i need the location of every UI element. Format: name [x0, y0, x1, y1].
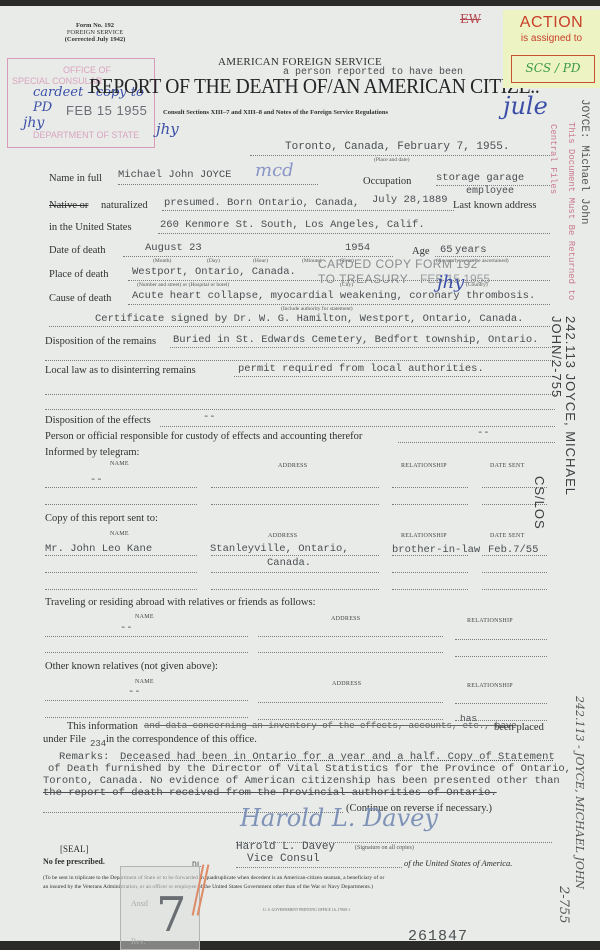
stamp-line-3: DEPARTMENT OF STATE — [33, 130, 139, 140]
rev-label: Rev. — [131, 937, 145, 946]
ansd-label: Ansd — [131, 899, 148, 908]
margin-file-code-2: JOHN/2-755 — [549, 316, 564, 398]
years-label: years — [455, 244, 487, 256]
traveling-col-name: NAME — [135, 614, 154, 620]
answer-slip: Ansd Rev. 7 — [120, 866, 200, 947]
place-date-value: Toronto, Canada, February 7, 1955. — [285, 141, 509, 153]
caption-cause: (Include authority for statement) — [281, 306, 353, 312]
action-sticker: ACTION is assigned to SCS / PD — [503, 10, 600, 88]
traveling-row-1-name: -- — [120, 622, 133, 634]
place-of-death-label: Place of death — [49, 269, 108, 280]
relatives-col-name: NAME — [135, 679, 154, 685]
relatives-col-address: ADDRESS — [332, 681, 361, 687]
file-info-end: been placed — [494, 722, 544, 733]
certificate-value: Certificate signed by Dr. W. G. Hamilton… — [95, 313, 523, 325]
margin-typed-name: JOYCE: Michael John — [578, 99, 590, 224]
action-assignee-box: SCS / PD — [511, 55, 595, 83]
handwritten-initials: jhy — [23, 115, 44, 131]
form-corrected: (Corrected July 1942) — [55, 36, 135, 43]
margin-return-stamp: This Document Must Be Returned to — [566, 122, 576, 300]
signer-title: Vice Consul — [247, 853, 320, 865]
age-label: Age — [412, 246, 430, 257]
remarks-line-3: Toronto, Canada. No evidence of American… — [43, 775, 560, 787]
handwritten-seven: 7 — [156, 887, 187, 943]
birth-date-value: July 28,1889 — [372, 194, 448, 206]
effects-label: Disposition of the effects — [45, 415, 151, 426]
telegram-col-relationship: RELATIONSHIP — [401, 463, 447, 469]
caption-day: (Day) — [207, 258, 220, 264]
printer-note: U. S. GOVERNMENT PRINTING OFFICE 16–1700… — [263, 908, 350, 912]
document-title: REPORT OF THE DEATH OF/AN AMERICAN CITIZ… — [89, 74, 540, 99]
form-service: FOREIGN SERVICE — [55, 29, 135, 36]
caption-country: (Country) — [466, 282, 488, 288]
age-value: 65 — [440, 244, 453, 256]
seal-label: [SEAL] — [60, 844, 89, 854]
traveling-col-relationship: RELATIONSHIP — [467, 618, 513, 624]
copy-col-relationship: RELATIONSHIP — [401, 533, 447, 539]
treasury-stamp-line-2: TO TREASURY — [318, 272, 408, 286]
naturalized-value: presumed. Born Ontario, Canada, — [164, 197, 359, 209]
form-number-block: Form No. 192 FOREIGN SERVICE (Corrected … — [55, 22, 135, 43]
margin-file-code-1: 242.113 JOYCE, MICHAEL — [563, 316, 578, 496]
name-label: Name in full — [49, 173, 102, 184]
us-address-value: 260 Kenmore St. South, Los Angeles, Cali… — [160, 219, 425, 231]
signer-name: Harold L. Davey — [236, 841, 335, 853]
cause-of-death-value: Acute heart collapse, myocardial weakeni… — [132, 290, 535, 302]
fee-note: No fee prescribed. — [43, 857, 105, 866]
handwritten-initials-2: jhy — [156, 120, 179, 138]
occupation-value: storage garage — [436, 172, 524, 184]
margin-routing: CS/LOS — [532, 476, 547, 530]
death-date-label: Date of death — [49, 245, 106, 256]
custody-label: Person or official responsible for custo… — [45, 431, 362, 442]
file-info-line-2: in the correspondence of this office. — [106, 734, 257, 745]
disinter-label: Local law as to disinterring remains — [45, 365, 196, 376]
form-number: Form No. 192 — [55, 22, 135, 29]
margin-initials: jule — [503, 92, 548, 120]
copy-row-1-address: Stanleyville, Ontario, — [210, 543, 349, 555]
caption-place: (Number and street) or (Hospital or hote… — [137, 282, 229, 288]
copy-sent-title: Copy of this report sent to: — [45, 513, 158, 524]
telegram-col-address: ADDRESS — [278, 463, 307, 469]
copy-col-address: ADDRESS — [268, 533, 297, 539]
file-info-start: This information — [67, 721, 138, 732]
treasury-stamp-line-1: CARDED COPY FORM 192 — [318, 257, 478, 271]
native-label-struck: Native or — [49, 200, 88, 211]
disinter-value: permit required from local authorities. — [238, 363, 484, 375]
remarks-label-wrap: Remarks: — [59, 751, 109, 763]
relatives-row-1-name: -- — [128, 686, 141, 698]
margin-handwritten-number: 2-755 — [556, 886, 571, 923]
corner-mark: EW — [460, 12, 481, 26]
remains-label: Disposition of the remains — [45, 336, 156, 347]
remarks-label: Remarks: — [59, 751, 109, 763]
death-report-document: Form No. 192 FOREIGN SERVICE (Corrected … — [0, 6, 600, 941]
footer-instructions-2: an insured by the Veterans Administratio… — [43, 884, 373, 890]
traveling-col-address: ADDRESS — [331, 616, 360, 622]
remains-value: Buried in St. Edwards Cemetery, Bedfort … — [173, 334, 538, 346]
naturalized-label: naturalized — [101, 200, 148, 211]
place-date-caption: (Place and date) — [374, 157, 409, 163]
caption-city: (City) — [340, 282, 353, 288]
occupation-label: Occupation — [363, 176, 411, 187]
remarks-line-1: Deceased had been in Ontario for a year … — [120, 751, 555, 763]
caption-month: (Month) — [153, 258, 171, 264]
occupation-value-2: employee — [466, 186, 514, 197]
assignee-handwritten: SCS / PD — [512, 61, 594, 75]
telegram-col-name: NAME — [110, 461, 129, 467]
place-of-death-value: Westport, Ontario, Canada. — [132, 266, 296, 278]
last-address-label: Last known address — [453, 200, 536, 211]
remarks-line-2: of Death furnished by the Director of Vi… — [48, 763, 571, 775]
copy-row-2-address: Canada. — [267, 557, 311, 569]
regulations-note: Consult Sections XIII–7 and XIII–8 and N… — [163, 109, 388, 116]
cause-of-death-label: Cause of death — [49, 293, 111, 304]
remarks-line-4: the report of death received from the Pr… — [43, 787, 497, 799]
relatives-title: Other known relatives (not given above): — [45, 661, 218, 672]
copy-col-name: NAME — [110, 531, 129, 537]
signer-country: of the United States of America. — [404, 858, 512, 868]
telegram-title: Informed by telegram: — [45, 447, 139, 458]
handwritten-signature: Harold L. Davey — [240, 804, 438, 832]
office-stamp: OFFICE OF SPECIAL CONSULAR FEB 15 1955 D… — [7, 58, 155, 148]
name-value: Michael John JOYCE — [118, 169, 231, 181]
margin-handwritten-code: 242.113 - JOYCE, MICHAEL JOHN — [573, 696, 586, 889]
signature-caption: (Signature on all copies) — [355, 845, 414, 851]
us-address-label: in the United States — [49, 222, 132, 233]
name-initials: mcd — [255, 160, 294, 181]
document-number: 261847 — [408, 928, 468, 945]
telegram-row-1-name: -- — [90, 474, 103, 486]
margin-central-files: Central Files — [548, 124, 558, 194]
copy-col-date-sent: DATE SENT — [490, 533, 525, 539]
telegram-col-date-sent: DATE SENT — [490, 463, 525, 469]
action-title: ACTION — [503, 14, 600, 32]
action-subtitle: is assigned to — [503, 33, 600, 44]
traveling-title: Traveling or residing abroad with relati… — [45, 597, 316, 608]
death-month-day: August 23 — [145, 242, 202, 254]
effects-value: -- — [203, 411, 216, 423]
custody-value: -- — [477, 427, 490, 439]
death-year: 1954 — [345, 242, 370, 254]
relatives-col-relationship: RELATIONSHIP — [467, 683, 513, 689]
file-number: 234 — [90, 739, 106, 749]
copy-row-1-name: Mr. John Leo Kane — [45, 543, 152, 555]
caption-hour: (Hour) — [253, 258, 268, 264]
file-info-insert: has — [460, 713, 477, 724]
file-label: under File — [43, 734, 86, 745]
footer-instructions-1: (To be sent in triplicate to the Departm… — [43, 875, 384, 881]
